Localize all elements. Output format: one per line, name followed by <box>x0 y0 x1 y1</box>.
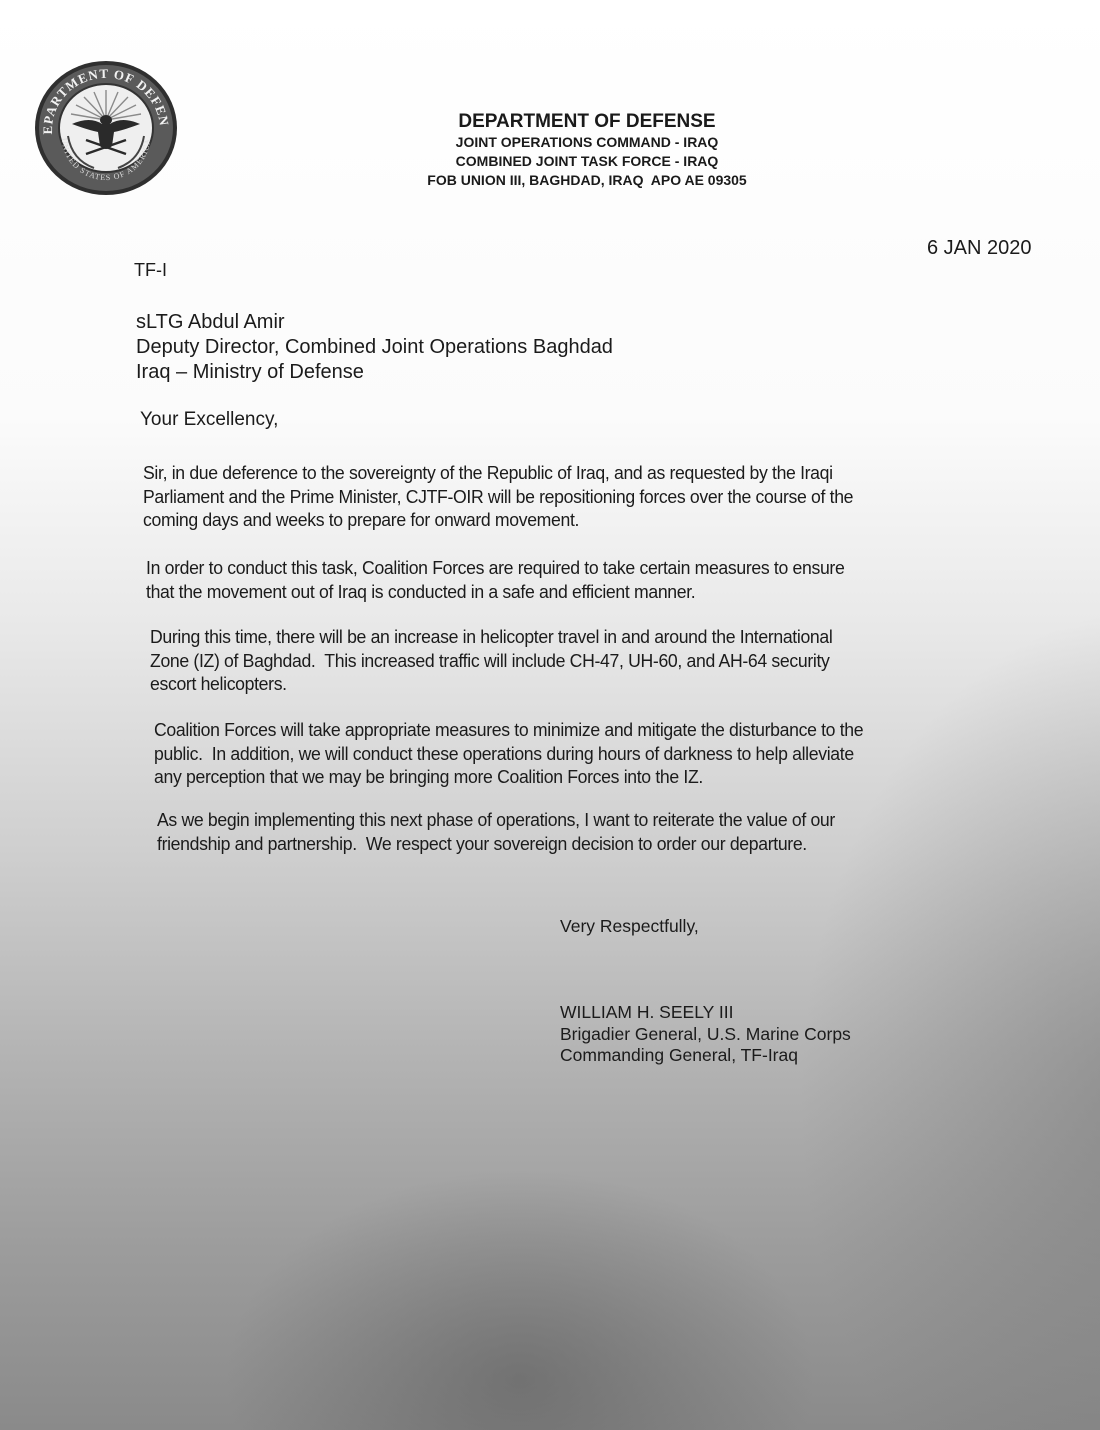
paragraph-line: Coalition Forces will take appropriate m… <box>154 718 1023 742</box>
body-paragraph: During this time, there will be an incre… <box>150 625 1019 696</box>
signer-rank: Brigadier General, U.S. Marine Corps <box>560 1024 851 1046</box>
paragraph-line: During this time, there will be an incre… <box>150 625 1019 649</box>
paragraph-line: Sir, in due deference to the sovereignty… <box>143 461 1012 485</box>
letter-date: 6 JAN 2020 <box>927 237 1032 260</box>
signer-name: WILLIAM H. SEELY III <box>560 1002 851 1024</box>
paragraph-line: that the movement out of Iraq is conduct… <box>146 580 1015 604</box>
letterhead-title: DEPARTMENT OF DEFENSE <box>380 110 794 133</box>
addressee-organization: Iraq – Ministry of Defense <box>136 360 613 385</box>
signer-title: Commanding General, TF-Iraq <box>560 1045 851 1067</box>
letterhead-task-force: COMBINED JOINT TASK FORCE - IRAQ <box>380 152 794 171</box>
body-paragraph: In order to conduct this task, Coalition… <box>146 556 1015 603</box>
paragraph-line: coming days and weeks to prepare for onw… <box>143 508 1012 532</box>
body-paragraph: As we begin implementing this next phase… <box>157 808 1026 855</box>
paragraph-line: any perception that we may be bringing m… <box>154 765 1023 789</box>
body-paragraph: Coalition Forces will take appropriate m… <box>154 718 1023 789</box>
addressee-position: Deputy Director, Combined Joint Operatio… <box>136 335 613 360</box>
letterhead: DEPARTMENT OF DEFENSE JOINT OPERATIONS C… <box>380 110 794 190</box>
closing: Very Respectfully, <box>560 916 699 937</box>
letterhead-address: FOB UNION III, BAGHDAD, IRAQ APO AE 0930… <box>380 171 794 190</box>
salutation: Your Excellency, <box>140 409 278 431</box>
addressee-block: sLTG Abdul Amir Deputy Director, Combine… <box>136 310 613 385</box>
paragraph-line: As we begin implementing this next phase… <box>157 808 1026 832</box>
paragraph-line: escort helicopters. <box>150 672 1019 696</box>
body-paragraph: Sir, in due deference to the sovereignty… <box>143 461 1012 532</box>
paragraph-line: Zone (IZ) of Baghdad. This increased tra… <box>150 649 1019 673</box>
signature-block: WILLIAM H. SEELY III Brigadier General, … <box>560 1002 851 1067</box>
office-symbol: TF-I <box>134 260 167 281</box>
paragraph-line: In order to conduct this task, Coalition… <box>146 556 1015 580</box>
addressee-name: sLTG Abdul Amir <box>136 310 613 335</box>
paragraph-line: Parliament and the Prime Minister, CJTF-… <box>143 485 1012 509</box>
department-of-defense-seal-icon: DEPARTMENT OF DEFENSE UNITED STATES OF A… <box>32 58 180 198</box>
letterhead-command: JOINT OPERATIONS COMMAND - IRAQ <box>380 133 794 152</box>
paragraph-line: friendship and partnership. We respect y… <box>157 832 1026 856</box>
paragraph-line: public. In addition, we will conduct the… <box>154 742 1023 766</box>
